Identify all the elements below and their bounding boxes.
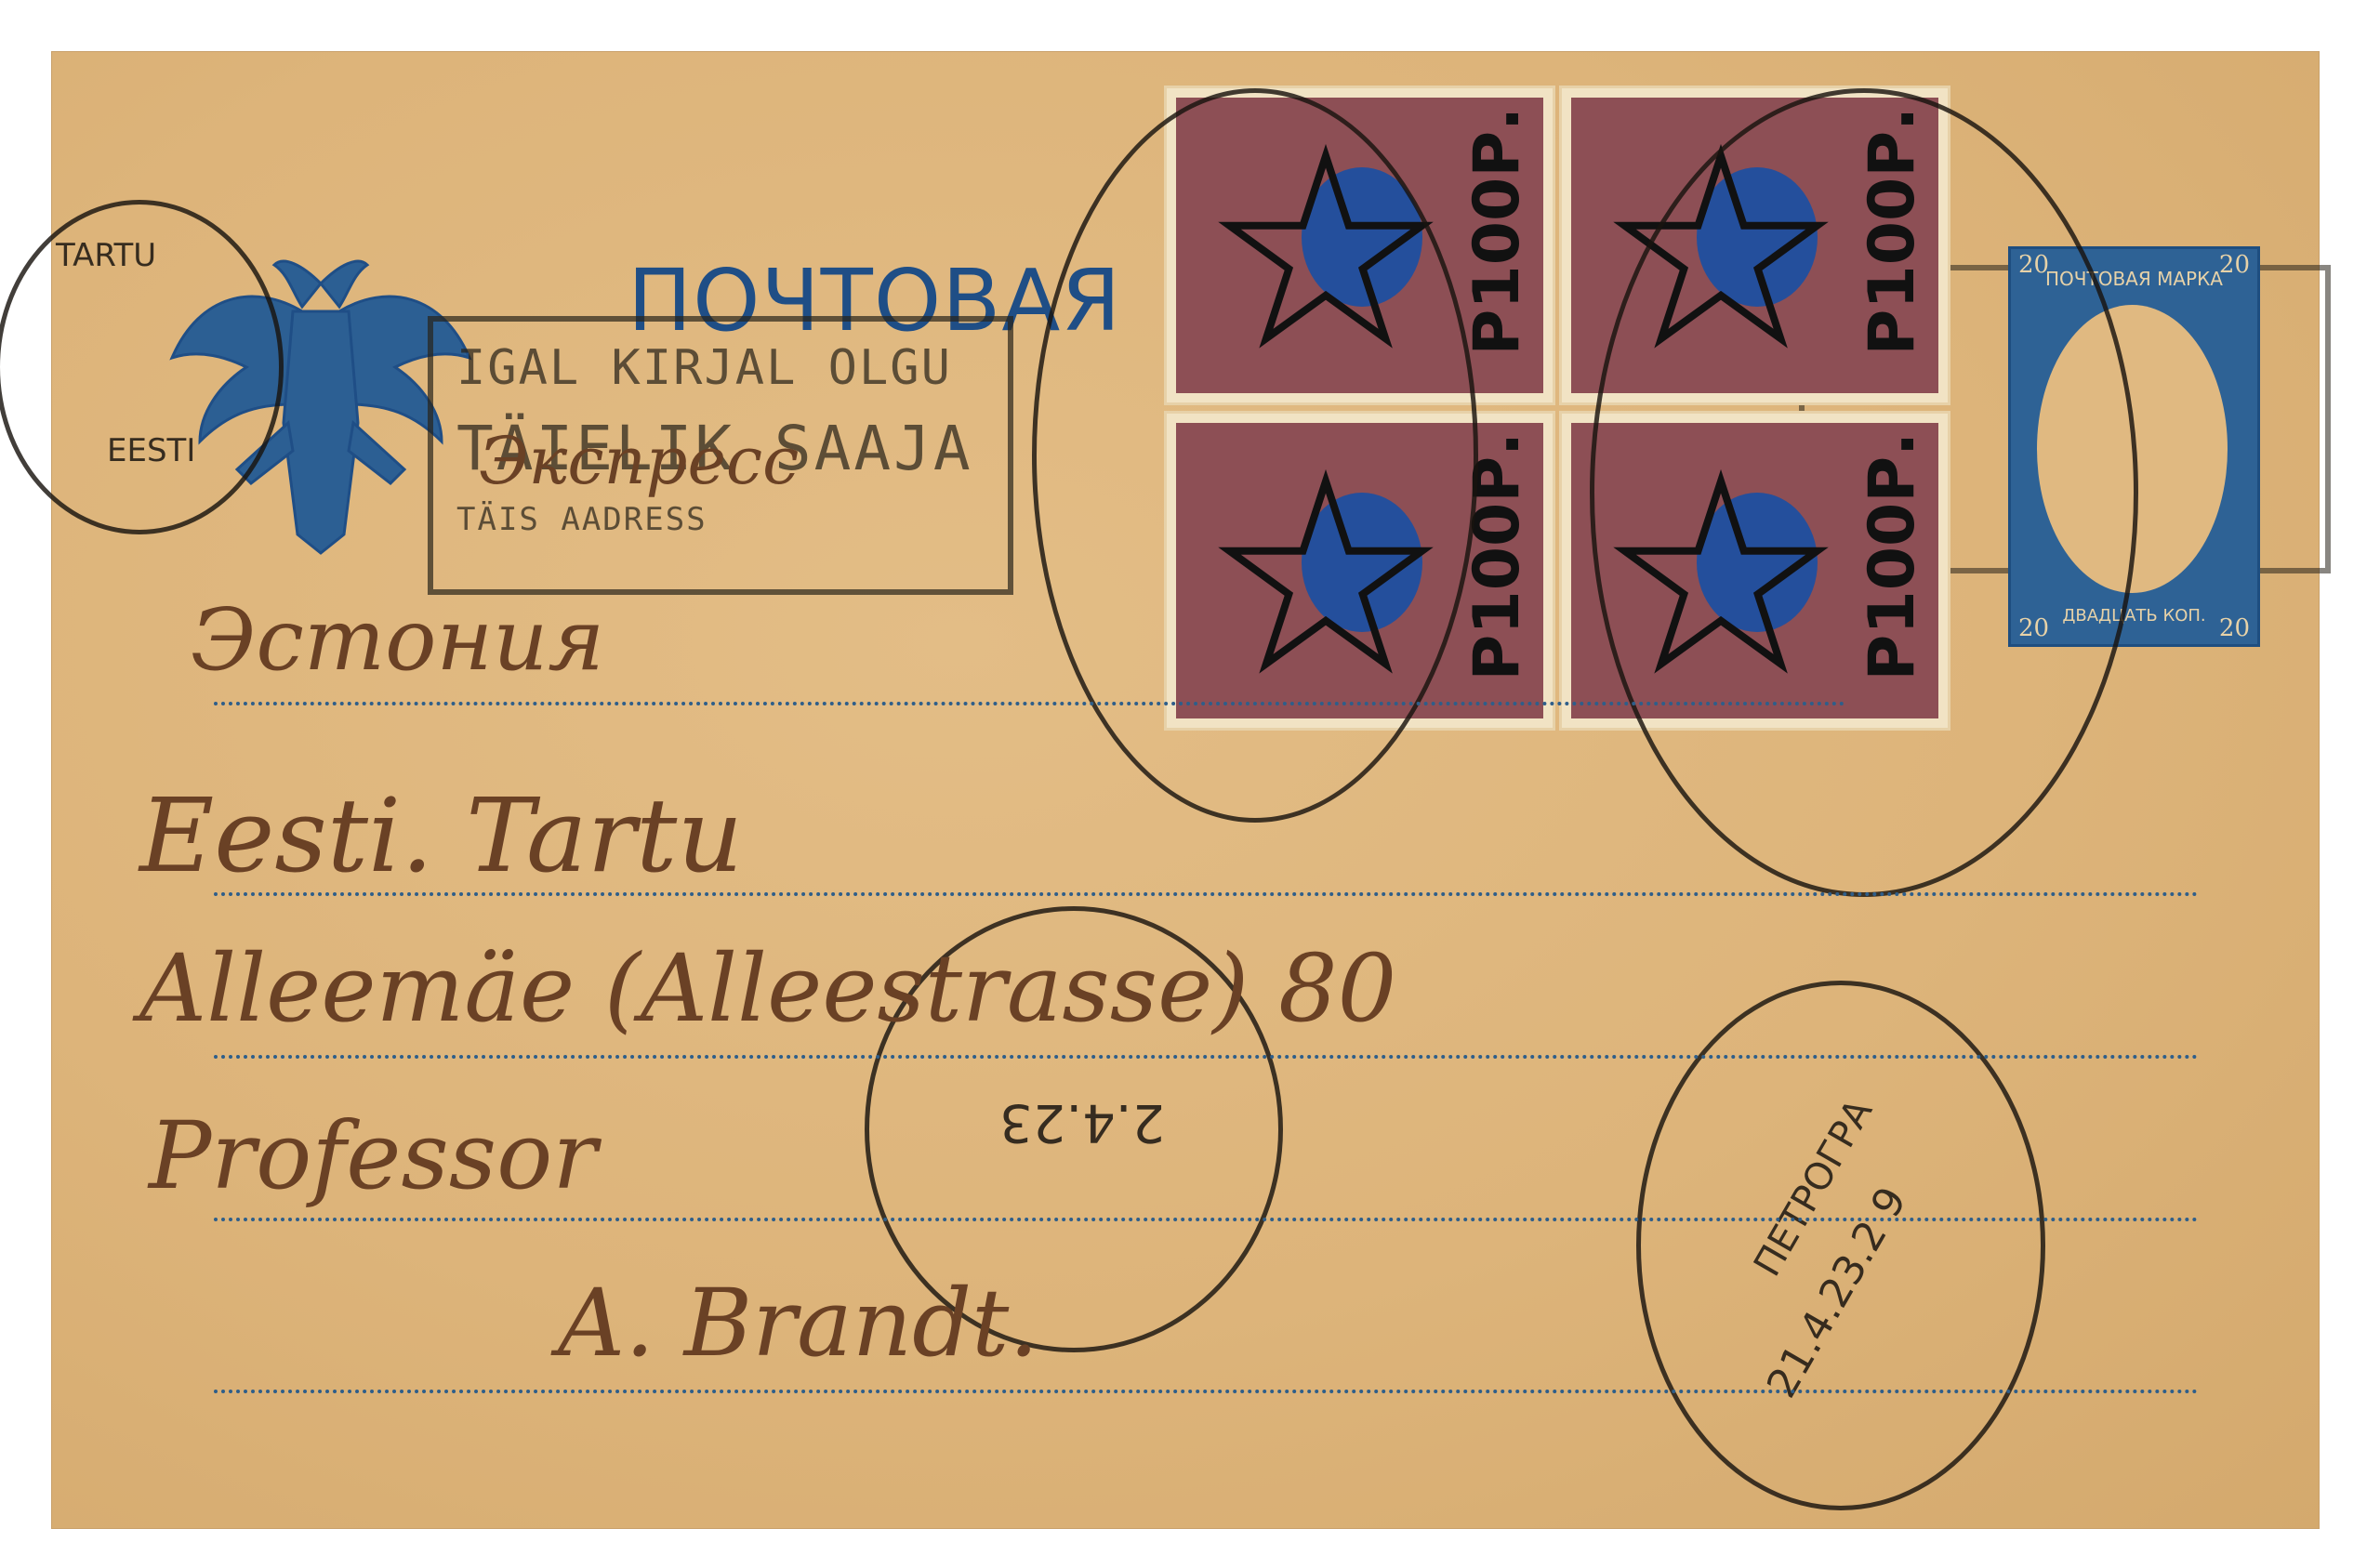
postmark-tartu-text: TARTU [56, 237, 156, 274]
indicium-value: 20 [2219, 251, 2250, 279]
address-rule [214, 1390, 2199, 1393]
address-line-2: Eesti. Tartu [139, 776, 743, 895]
handwritten-note: Экспресс [479, 423, 799, 499]
postcard: ПОЧТОВАЯ IGAL KIRJAL OLGU TÄIELIK SAAJA … [51, 51, 2320, 1529]
postmark-petrograd-top-right [1590, 88, 2138, 897]
address-line-1: Эстония [191, 590, 604, 690]
postmark-petrograd-top-left [1032, 88, 1478, 823]
address-line-3: Alleemäe (Alleestrasse) 80 [139, 934, 1396, 1043]
address-rule [214, 1055, 2199, 1059]
slogan-line-1: IGAL KIRJAL OLGU [456, 340, 985, 396]
address-line-4: Professor [149, 1101, 597, 1210]
postmark-pochta-date: 2.4.23 [999, 1092, 1165, 1153]
stamp-surcharge: Р100Р. [1461, 107, 1534, 355]
slogan-line-3: TÄIS AADRESS [456, 501, 985, 538]
address-line-5: A. Brandt. [558, 1269, 1038, 1377]
postmark-tartu-extra: EESTI [107, 432, 195, 469]
address-rule [214, 1218, 2199, 1221]
address-rule [214, 702, 1845, 705]
